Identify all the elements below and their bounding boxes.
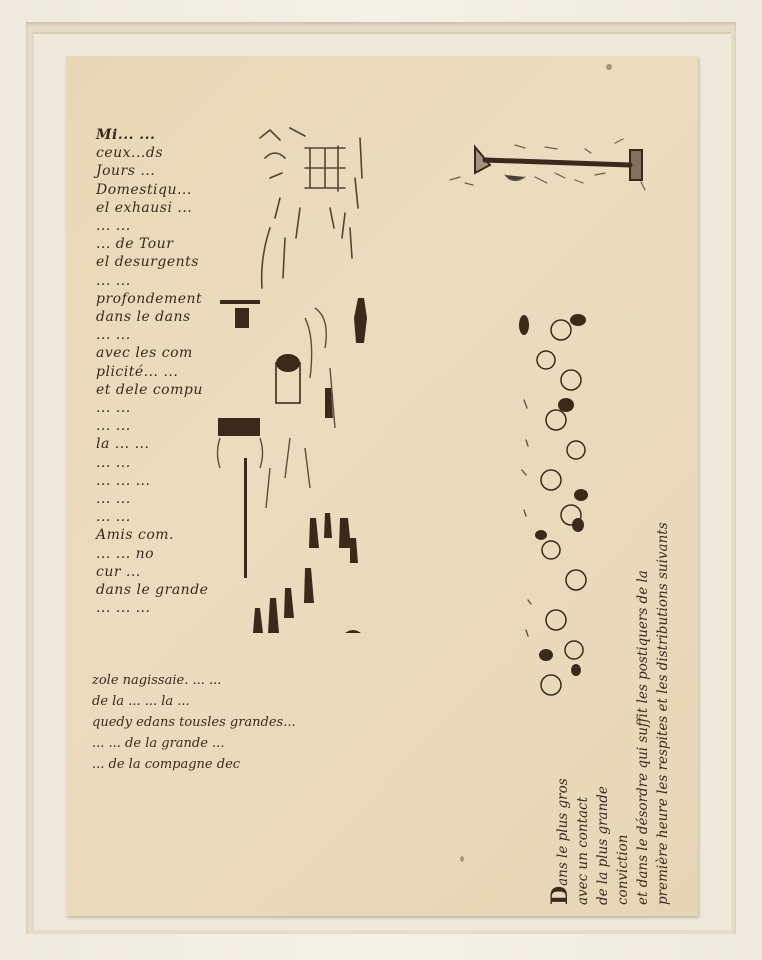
text-line: Dans le plus gros bbox=[550, 305, 573, 905]
text-line: conviction bbox=[613, 305, 633, 905]
shovel-sketch-icon bbox=[445, 135, 655, 200]
text-line: et dans le désordre qui suffit les posti… bbox=[633, 305, 653, 905]
initial-letter: D bbox=[547, 886, 573, 905]
text-line: première heure les respites et les distr… bbox=[653, 305, 673, 905]
text-line: zole nagissaie. ... ... bbox=[92, 670, 372, 691]
text-line: ... de la compagne dec bbox=[92, 754, 372, 775]
text-line: de la plus grande bbox=[593, 305, 613, 905]
paper-speck bbox=[606, 64, 612, 70]
paper-speck bbox=[460, 856, 464, 862]
street-crowd-sketch-icon bbox=[210, 118, 370, 648]
text-line: ... ... de la grande ... bbox=[92, 733, 372, 754]
bottom-handwritten-lines: zole nagissaie. ... ... de la ... ... la… bbox=[92, 670, 372, 775]
right-vertical-text: Dans le plus gros avec un contact de la … bbox=[510, 305, 630, 905]
text-line: avec un contact bbox=[573, 305, 593, 905]
text-line: quedy edans tousles grandes... bbox=[92, 712, 372, 733]
text-line: de la ... ... la ... bbox=[92, 691, 372, 712]
